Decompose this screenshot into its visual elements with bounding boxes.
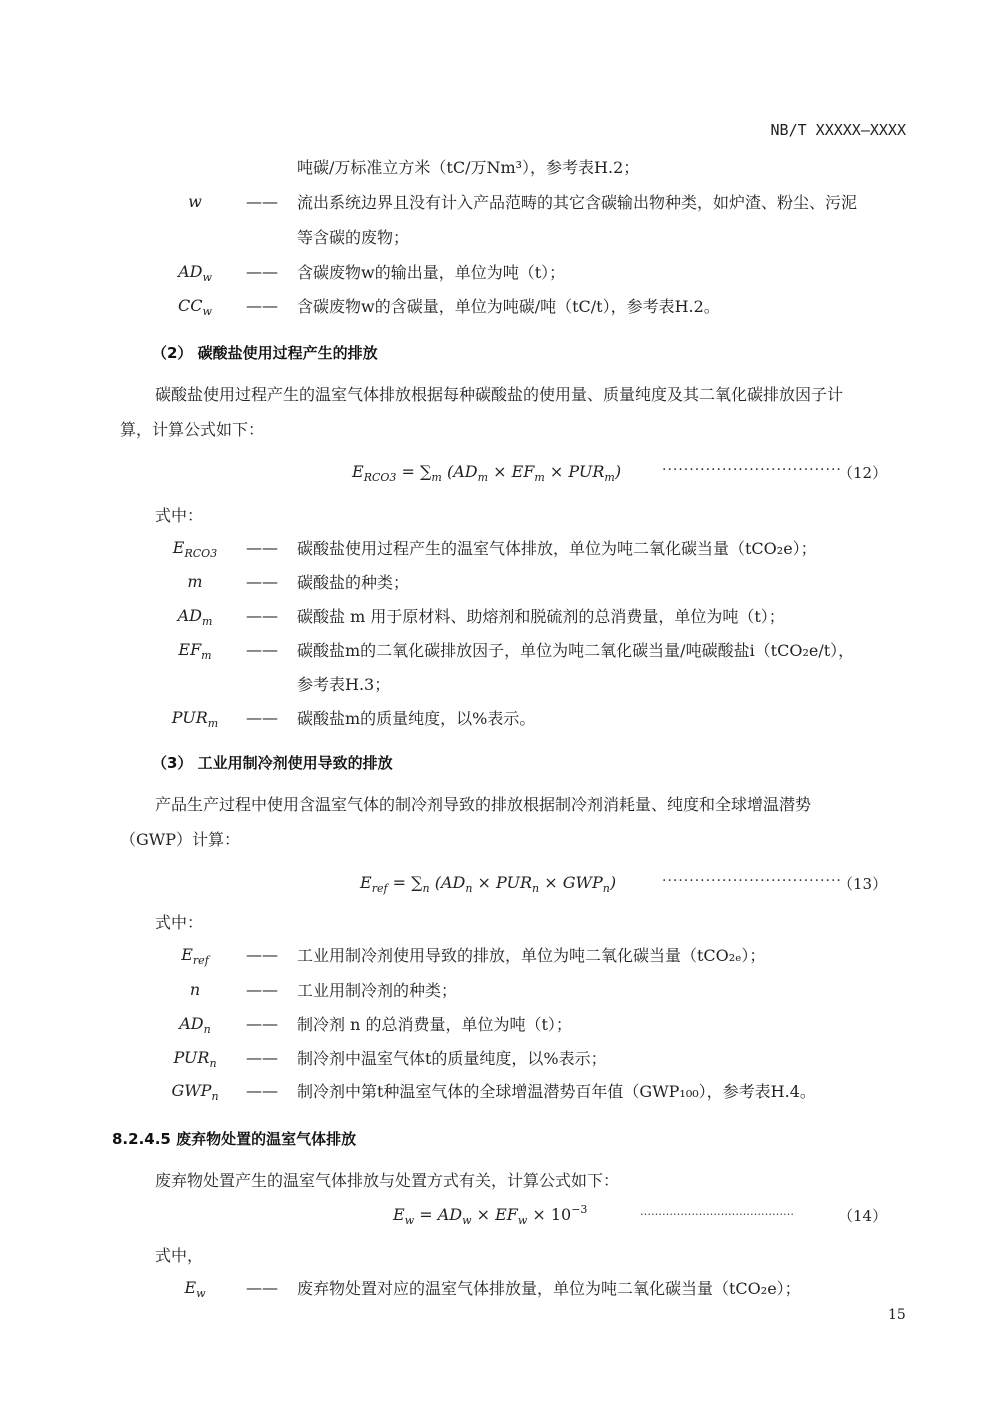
paragraph-line: 废弃物处置产生的温室气体排放与处置方式有关，计算公式如下： [155, 1170, 619, 1192]
where-label: 式中， [155, 1245, 203, 1267]
em-dash: —— [242, 1014, 282, 1033]
definition-text: 参考表H.3； [297, 674, 390, 696]
document-code-header: NB/T XXXXX—XXXX [771, 121, 906, 139]
definition-text: 流出系统边界且没有计入产品范畴的其它含碳输出物种类，如炉渣、粉尘、污泥 [297, 192, 857, 214]
section-heading-refrigerant: （3） 工业用制冷剂使用导致的排放 [152, 752, 393, 773]
definition-text: 含碳废物w的输出量，单位为吨（t）； [297, 262, 565, 284]
paragraph-line: 产品生产过程中使用含温室气体的制冷剂导致的排放根据制冷剂消耗量、纯度和全球增温潜… [155, 794, 811, 816]
em-dash: —— [242, 572, 282, 591]
section-heading-carbonate: （2） 碳酸盐使用过程产生的排放 [152, 342, 378, 363]
equation-number-12: （12） [838, 462, 887, 483]
where-label: 式中： [155, 505, 203, 527]
definition-text: 工业用制冷剂的种类； [297, 980, 457, 1002]
symbol-ad-m: ADm [145, 606, 245, 628]
symbol-m: m [145, 572, 245, 591]
symbol-ad-n: ADn [145, 1014, 245, 1036]
symbol-gwp-n: GWPn [145, 1081, 245, 1103]
formula-14: Ew = ADw × EFw × 10−3 [393, 1203, 587, 1227]
definition-text: 工业用制冷剂使用导致的排放，单位为吨二氧化碳当量（tCO₂ₑ）； [297, 945, 765, 967]
em-dash: —— [242, 296, 282, 315]
dot-leader: ································· [662, 462, 842, 478]
dot-leader: …………………………………… [640, 1205, 794, 1218]
em-dash: —— [242, 1081, 282, 1100]
em-dash: —— [242, 262, 282, 281]
em-dash: —— [242, 1278, 282, 1297]
symbol-ad-w: ADw [145, 262, 245, 284]
symbol-e-rco3: ERCO3 [145, 538, 245, 560]
definition-text: 碳酸盐m的二氧化碳排放因子，单位为吨二氧化碳当量/吨碳酸盐i（tCO₂e/t）， [297, 640, 854, 662]
definition-text: 制冷剂 n 的总消费量，单位为吨（t）； [297, 1014, 572, 1036]
definition-text: 碳酸盐使用过程产生的温室气体排放，单位为吨二氧化碳当量（tCO₂e）； [297, 538, 817, 560]
definition-text: 制冷剂中温室气体t的质量纯度，以%表示； [297, 1048, 607, 1070]
em-dash: —— [242, 640, 282, 659]
section-heading-waste-disposal: 8.2.4.5 废弃物处置的温室气体排放 [112, 1128, 356, 1149]
definition-text: 碳酸盐m的质量纯度，以%表示。 [297, 708, 535, 730]
symbol-ef-m: EFm [145, 640, 245, 662]
definition-text: 碳酸盐 m 用于原材料、助熔剂和脱硫剂的总消费量，单位为吨（t）； [297, 606, 785, 628]
dot-leader: ································· [662, 873, 842, 889]
definition-text: 废弃物处置对应的温室气体排放量，单位为吨二氧化碳当量（tCO₂e）； [297, 1278, 801, 1300]
definition-text: 等含碳的废物； [297, 227, 409, 249]
page-number: 15 [888, 1307, 906, 1323]
formula-12: ERCO3 = ∑m (ADm × EFm × PURm) [352, 462, 621, 484]
em-dash: —— [242, 980, 282, 999]
equation-number-13: （13） [838, 873, 887, 894]
em-dash: —— [242, 1048, 282, 1067]
symbol-e-w: Ew [145, 1278, 245, 1300]
equation-number-14: （14） [838, 1205, 887, 1226]
em-dash: —— [242, 708, 282, 727]
em-dash: —— [242, 945, 282, 964]
em-dash: —— [242, 192, 282, 211]
em-dash: —— [242, 538, 282, 557]
paragraph-line: （GWP）计算： [120, 829, 240, 851]
definition-text: 碳酸盐的种类； [297, 572, 409, 594]
formula-13: Eref = ∑n (ADn × PURn × GWPn) [360, 873, 616, 895]
symbol-n: n [145, 980, 245, 999]
definition-text: 含碳废物w的含碳量，单位为吨碳/吨（tC/t），参考表H.2。 [297, 296, 720, 318]
symbol-pur-n: PURn [145, 1048, 245, 1070]
symbol-w: w [145, 192, 245, 211]
continued-definition-line: 吨碳/万标准立方米（tC/万Nm³），参考表H.2； [297, 157, 639, 179]
symbol-pur-m: PURm [145, 708, 245, 730]
where-label: 式中： [155, 912, 203, 934]
definition-text: 制冷剂中第t种温室气体的全球增温潜势百年值（GWP₁₀₀），参考表H.4。 [297, 1081, 816, 1103]
paragraph-line: 碳酸盐使用过程产生的温室气体排放根据每种碳酸盐的使用量、质量纯度及其二氧化碳排放… [155, 384, 843, 406]
symbol-cc-w: CCw [145, 296, 245, 318]
em-dash: —— [242, 606, 282, 625]
paragraph-line: 算，计算公式如下： [120, 419, 264, 441]
symbol-e-ref: Eref [145, 945, 245, 967]
